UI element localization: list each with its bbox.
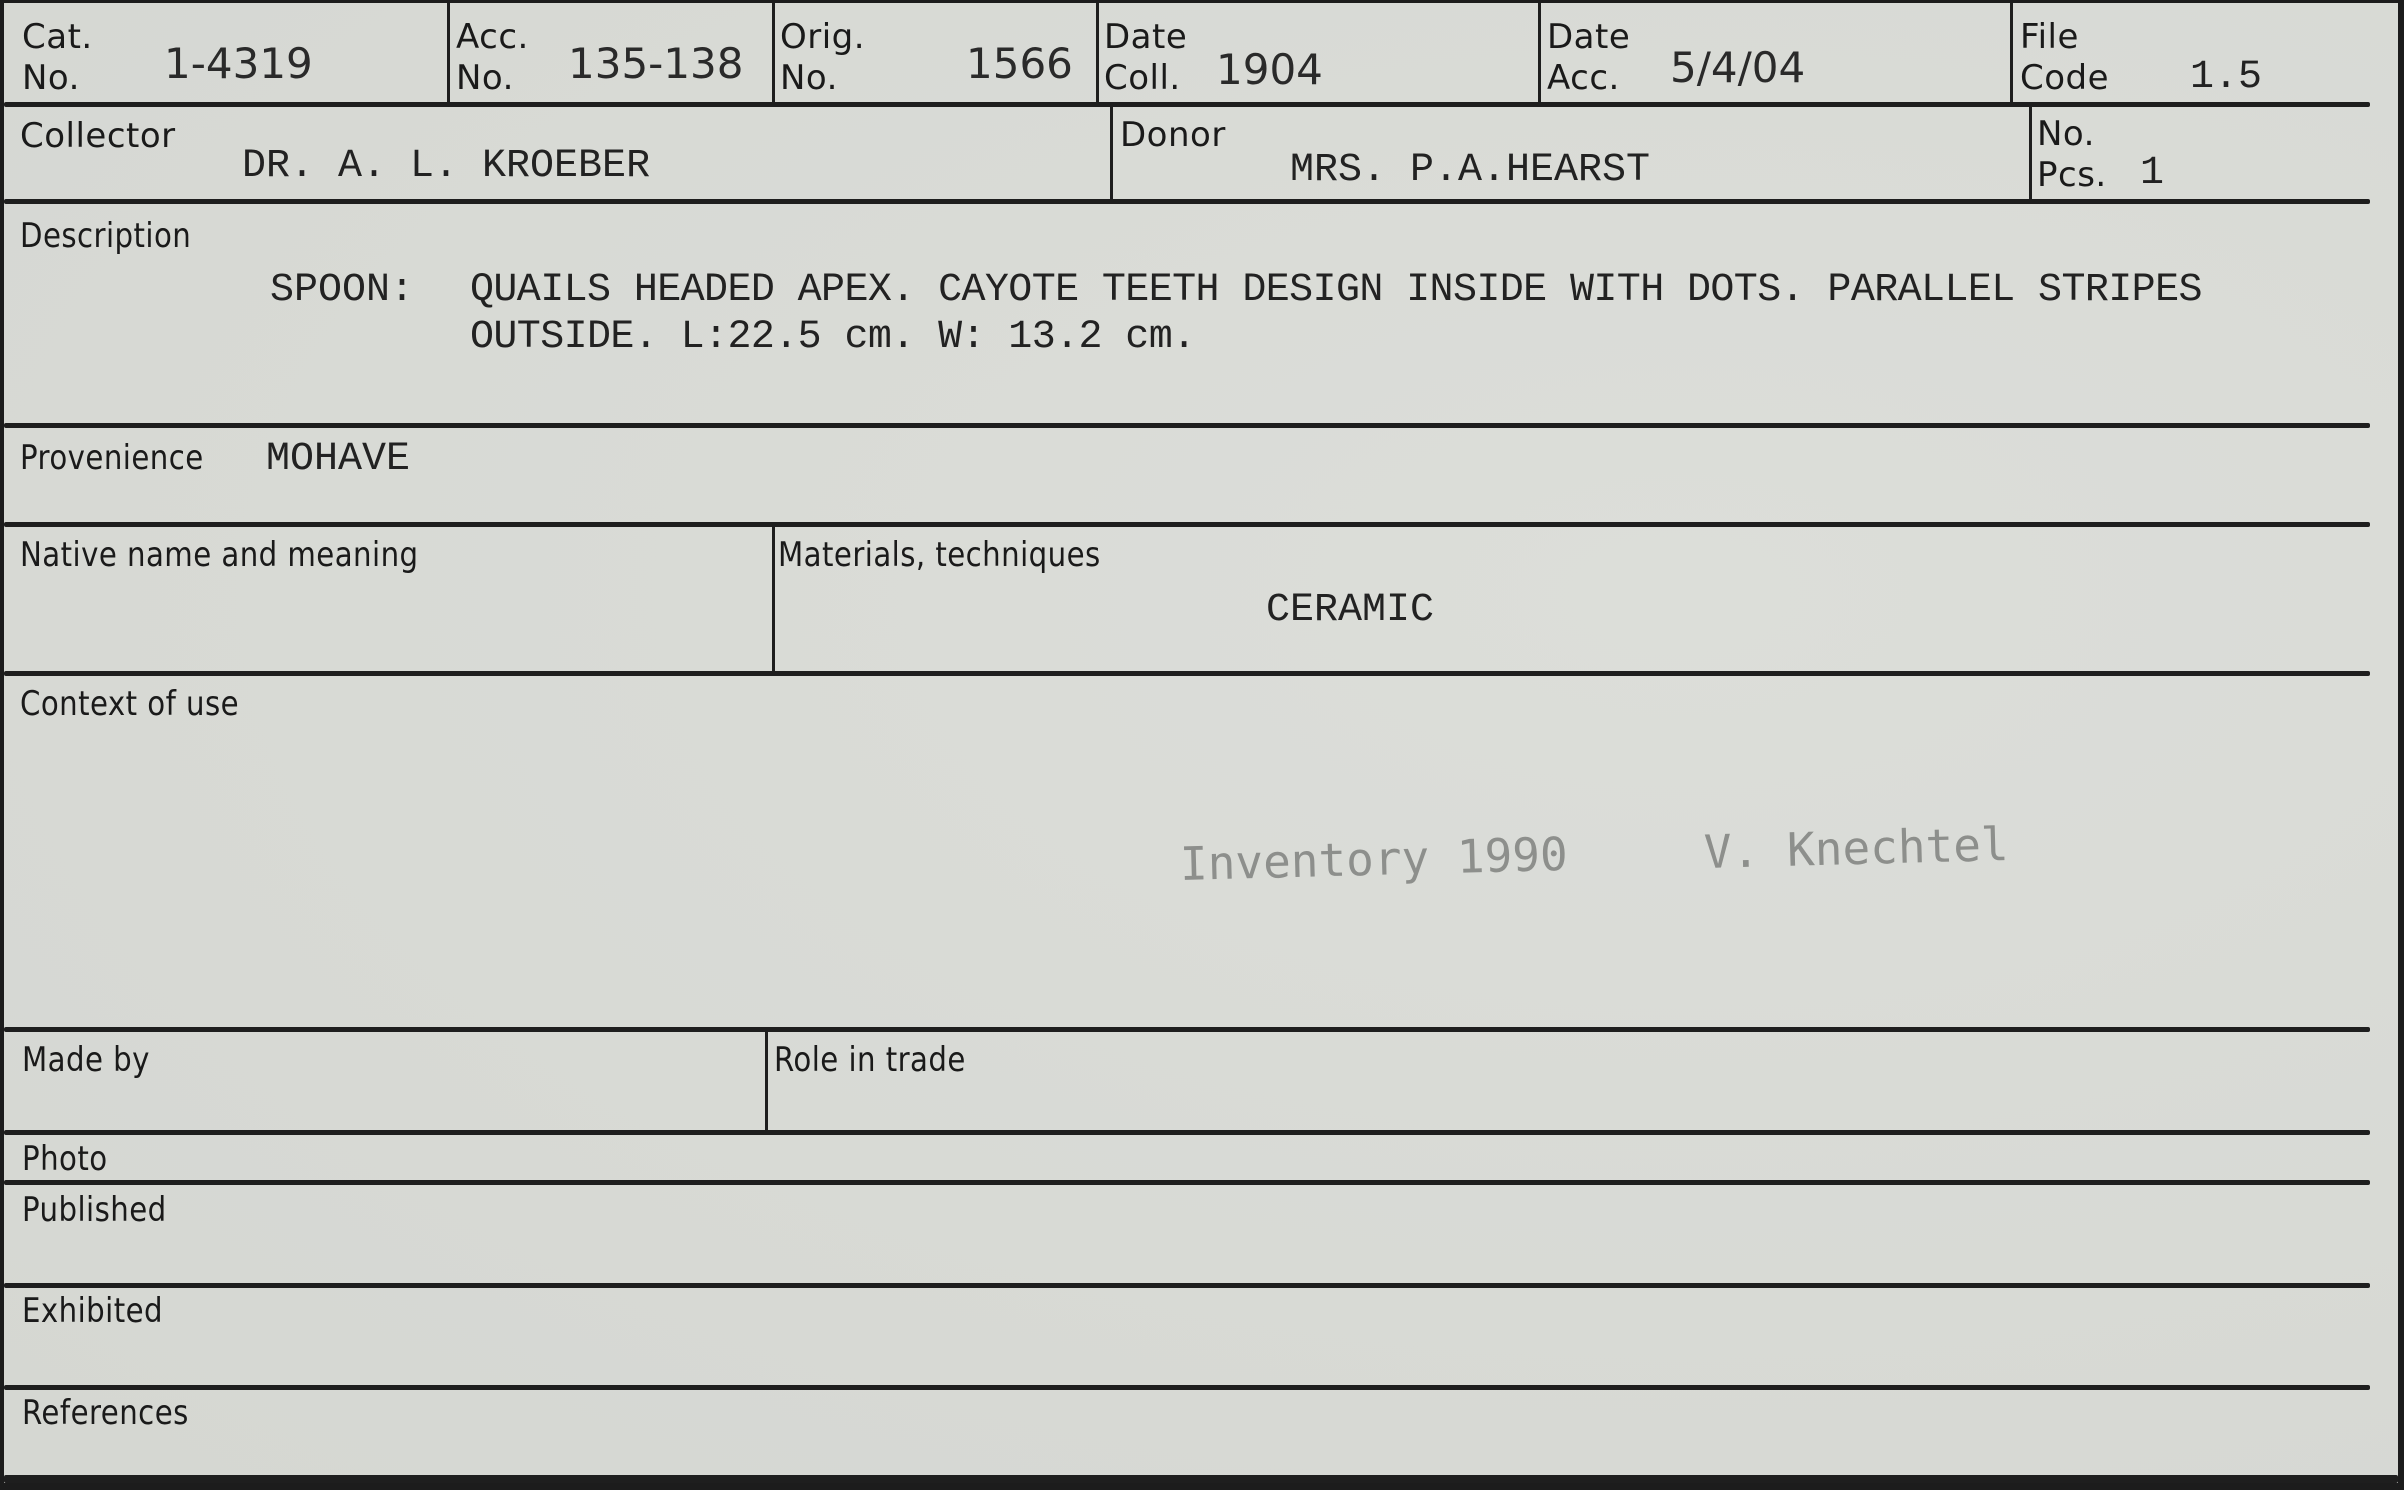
references-label: References	[22, 1396, 189, 1430]
donor-value: MRS. P.A.HEARST	[1290, 151, 1650, 191]
inventory-stamp-name: V. Knechtel	[1703, 821, 2009, 875]
row-divider	[4, 671, 2370, 676]
cat-no-label-1: Cat.	[22, 20, 93, 54]
col-divider	[1110, 103, 1113, 201]
date-coll-value: 1904	[1216, 49, 1323, 91]
description-label: Description	[20, 219, 191, 253]
row-divider	[4, 423, 2370, 428]
date-coll-label-2: Coll.	[1104, 61, 1181, 95]
col-divider	[772, 3, 775, 103]
date-coll-label-1: Date	[1104, 20, 1187, 54]
row-divider	[4, 522, 2370, 527]
row-divider	[4, 102, 2370, 107]
col-divider	[2029, 103, 2032, 201]
col-divider	[447, 3, 450, 103]
materials-label: Materials, techniques	[778, 538, 1101, 572]
col-divider	[2010, 3, 2013, 103]
description-prefix: SPOON:	[270, 271, 414, 311]
cat-no-value: 1-4319	[164, 43, 313, 85]
no-pcs-label-1: No.	[2037, 117, 2095, 151]
photo-label: Photo	[22, 1142, 108, 1176]
catalog-card: Cat. No. 1-4319 Acc. No. 135-138 Orig. N…	[4, 3, 2398, 1483]
row-divider	[4, 1385, 2370, 1390]
row-divider	[4, 1180, 2370, 1185]
acc-no-value: 135-138	[568, 43, 744, 85]
exhibited-label: Exhibited	[22, 1294, 163, 1328]
col-divider	[1096, 3, 1099, 103]
native-name-label: Native name and meaning	[20, 538, 419, 572]
no-pcs-label-2: Pcs.	[2037, 158, 2107, 192]
made-by-label: Made by	[22, 1043, 150, 1077]
row-divider	[4, 1130, 2370, 1135]
orig-no-label-2: No.	[780, 61, 838, 95]
donor-label: Donor	[1120, 118, 1226, 152]
date-acc-value: 5/4/04	[1670, 47, 1805, 89]
published-label: Published	[22, 1193, 167, 1227]
description-line-1: QUAILS HEADED APEX. CAYOTE TEETH DESIGN …	[470, 271, 2202, 311]
file-code-label-1: File	[2020, 20, 2079, 54]
date-acc-label-2: Acc.	[1547, 61, 1620, 95]
collector-label: Collector	[20, 119, 176, 153]
row-divider	[4, 1283, 2370, 1288]
bottom-border	[4, 1475, 2398, 1483]
provenience-value: MOHAVE	[266, 440, 410, 480]
orig-no-label-1: Orig.	[780, 20, 865, 54]
collector-value: DR. A. L. KROEBER	[242, 147, 650, 187]
file-code-label-2: Code	[2020, 61, 2109, 95]
acc-no-label-2: No.	[456, 61, 514, 95]
col-divider	[1538, 3, 1541, 103]
no-pcs-value: 1	[2140, 154, 2164, 194]
cat-no-label-2: No.	[22, 61, 80, 95]
col-divider	[765, 1028, 768, 1132]
context-of-use-label: Context of use	[20, 687, 239, 721]
description-line-2: OUTSIDE. L:22.5 cm. W: 13.2 cm.	[470, 318, 1196, 358]
row-divider	[4, 1027, 2370, 1032]
file-code-value: 1.5	[2190, 58, 2262, 98]
orig-no-value: 1566	[966, 43, 1073, 85]
materials-value: CERAMIC	[1266, 591, 1434, 631]
provenience-label: Provenience	[20, 441, 204, 475]
row-divider	[4, 199, 2370, 204]
role-in-trade-label: Role in trade	[774, 1043, 966, 1077]
acc-no-label-1: Acc.	[456, 20, 529, 54]
inventory-stamp-text: Inventory 1990	[1179, 831, 1568, 887]
date-acc-label-1: Date	[1547, 20, 1630, 54]
col-divider	[772, 523, 775, 673]
